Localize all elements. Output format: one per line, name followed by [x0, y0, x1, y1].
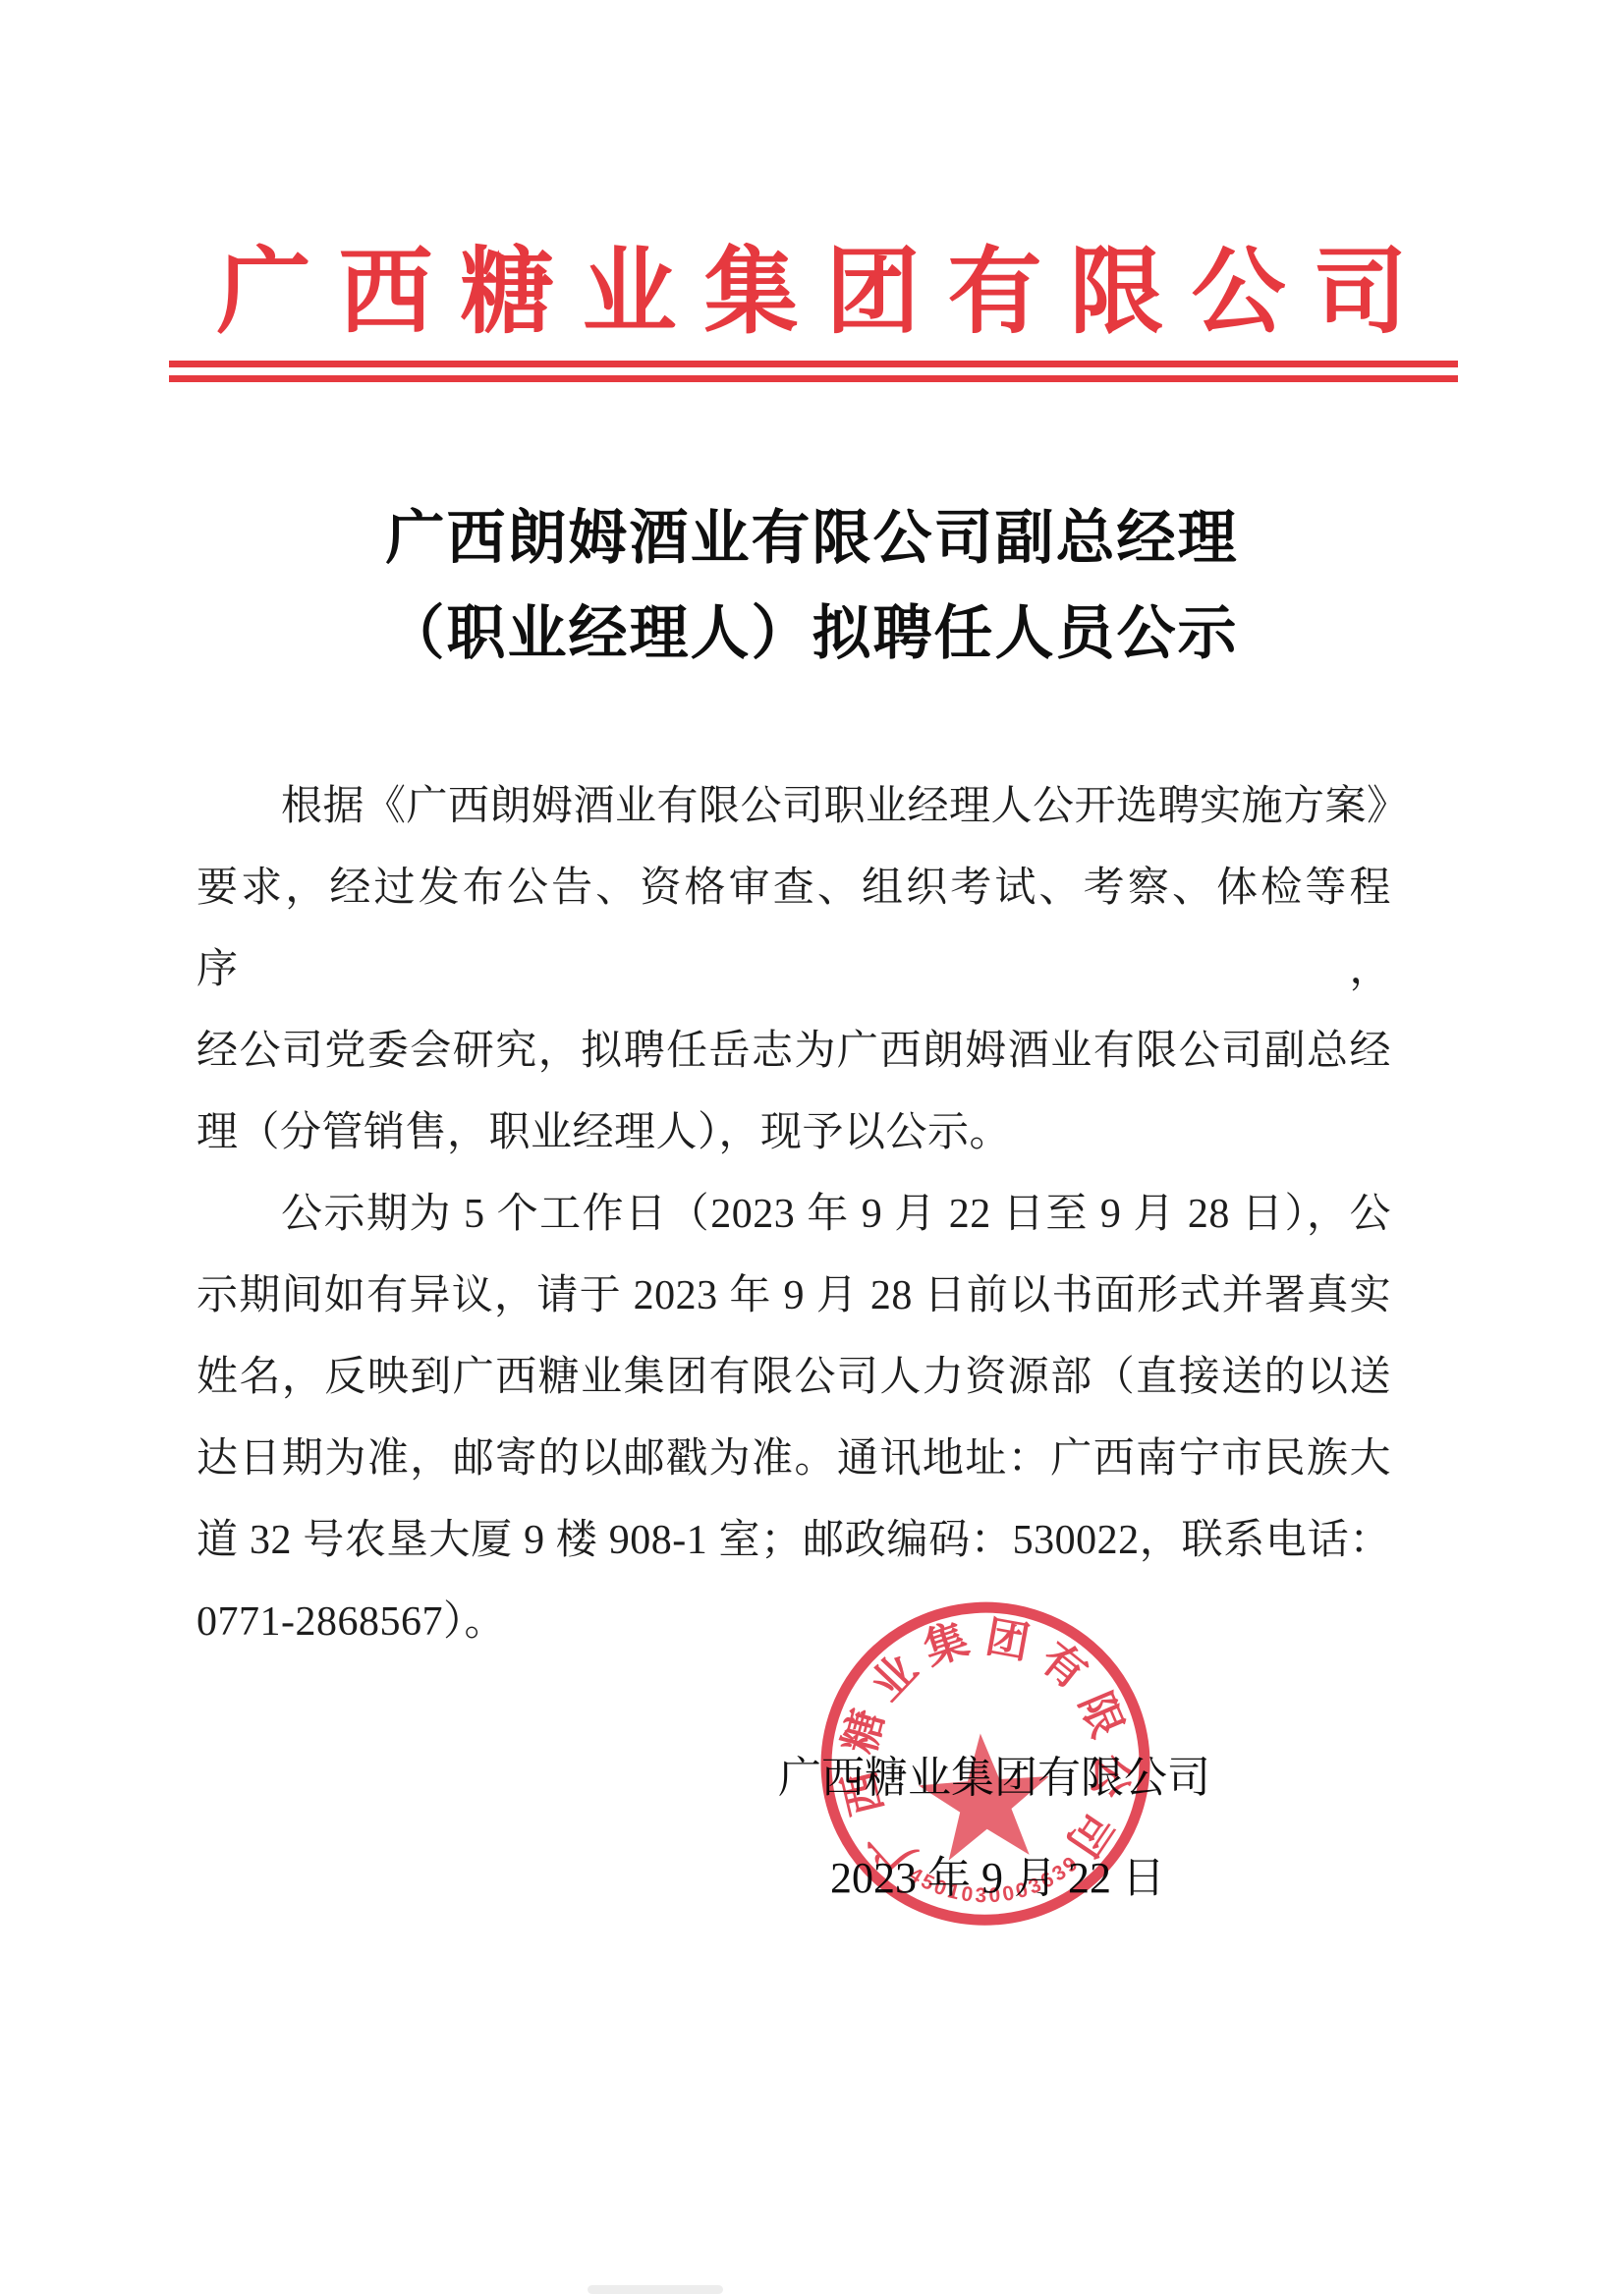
body-line: 姓名，反映到广西糖业集团有限公司人力资源部（直接送的以送 [196, 1337, 1391, 1419]
body-line: 示期间如有异议，请于 2023 年 9 月 28 日前以书面形式并署真实 [196, 1256, 1391, 1337]
body-line: 根据《广西朗姆酒业有限公司职业经理人公开选聘实施方案》 [196, 766, 1391, 848]
signature-company-name: 广西糖业集团有限公司 [778, 1751, 1210, 1806]
document-title: 广西朗姆酒业有限公司副总经理 （职业经理人）拟聘任人员公示 [0, 491, 1624, 682]
body-line: 道 32 号农垦大厦 9 楼 908-1 室；邮政编码：530022，联系电话： [196, 1500, 1391, 1582]
body-line: 理（分管销售，职业经理人），现予以公示。 [196, 1092, 1391, 1174]
body-line: 要求，经过发布公告、资格审查、组织考试、考察、体检等程序， [196, 848, 1391, 1011]
title-line-2: （职业经理人）拟聘任人员公示 [0, 587, 1624, 682]
scan-artifact [588, 2285, 723, 2294]
title-line-1: 广西朗姆酒业有限公司副总经理 [0, 491, 1624, 587]
body-line: 经公司党委会研究，拟聘任岳志为广西朗姆酒业有限公司副总经 [196, 1011, 1391, 1092]
svg-text:团: 团 [982, 1613, 1034, 1668]
document-page: 广西糖业集团有限公司 广西朗姆酒业有限公司副总经理 （职业经理人）拟聘任人员公示… [0, 0, 1624, 2295]
signature-date: 2023 年 9 月 22 日 [830, 1851, 1165, 1906]
document-body: 根据《广西朗姆酒业有限公司职业经理人公开选聘实施方案》要求，经过发布公告、资格审… [196, 766, 1391, 1663]
letterhead-double-rule-bottom [169, 375, 1458, 382]
letterhead-company-name: 广西糖业集团有限公司 [0, 239, 1624, 347]
letterhead-double-rule-top [169, 361, 1458, 367]
body-line: 达日期为准，邮寄的以邮戳为准。通讯地址：广西南宁市民族大 [196, 1419, 1391, 1500]
body-line: 公示期为 5 个工作日（2023 年 9 月 22 日至 9 月 28 日），公 [196, 1174, 1391, 1256]
body-line: 0771-2868567）。 [196, 1582, 1391, 1663]
